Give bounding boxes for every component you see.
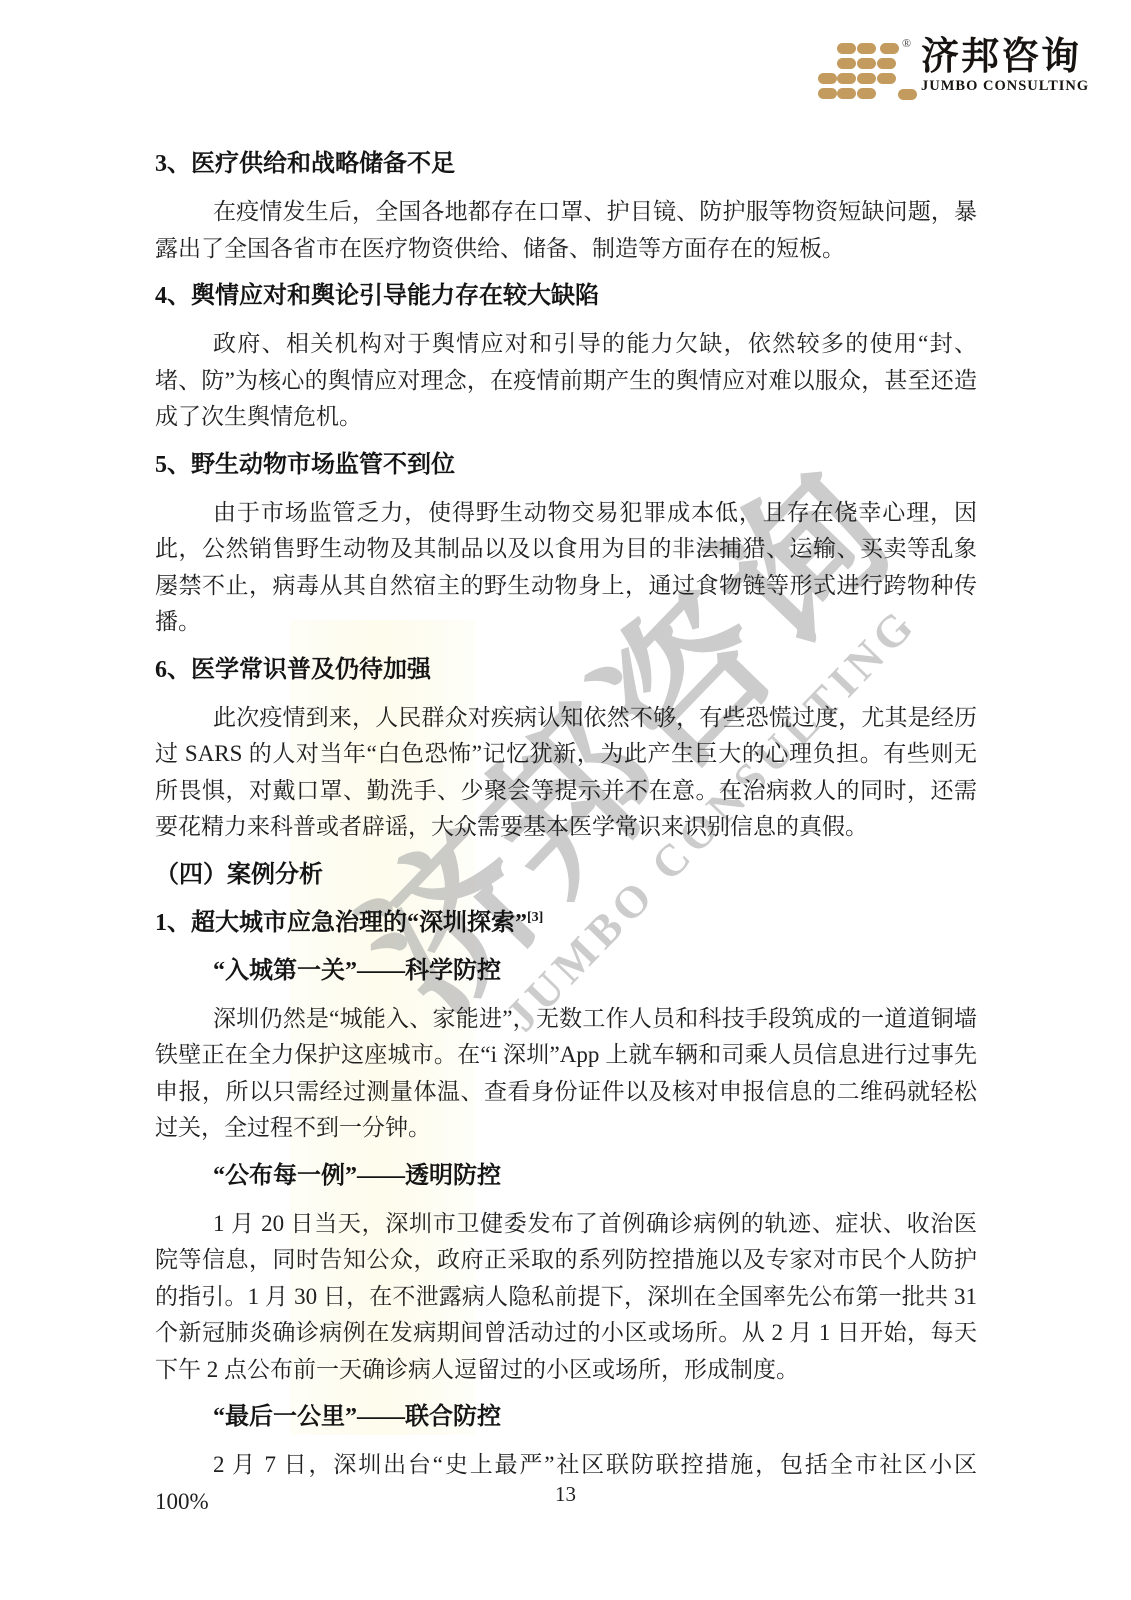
text-run: “公布每一例”——透明防控 [213, 1163, 501, 1189]
paragraph: 由于市场监管乏力，使得野生动物交易犯罪成本低，且存在侥幸心理，因此，公然销售野生… [155, 495, 977, 641]
text-run: 1、超大城市应急治理的“深圳探索” [155, 910, 527, 936]
paragraph: 深圳仍然是“城能入、家能进”，无数工作人员和科技手段筑成的一道道铜墙铁壁正在全力… [155, 1001, 977, 1147]
jumbo-logo-mark-icon [818, 43, 919, 100]
brand-name-english: JUMBO CONSULTING [921, 78, 1086, 95]
footnote-reference: [3] [527, 910, 543, 925]
heading: “入城第一关”——科学防控 [155, 953, 977, 990]
page-number: 13 [0, 1482, 1131, 1507]
text-run: 1 月 20 日当天，深圳市卫健委发布了首例确诊病例的轨迹、症状、收治医院等信息… [155, 1211, 977, 1382]
text-run: 6、医学常识普及仍待加强 [155, 657, 431, 683]
registered-trademark-icon: ® [902, 36, 911, 51]
heading: 4、舆情应对和舆论引导能力存在较大缺陷 [155, 278, 977, 315]
text-run: “最后一公里”——联合防控 [213, 1404, 501, 1430]
text-run: 3、医疗供给和战略储备不足 [155, 151, 455, 177]
heading: 5、野生动物市场监管不到位 [155, 447, 977, 484]
text-run: 4、舆情应对和舆论引导能力存在较大缺陷 [155, 283, 599, 309]
document-body: 3、医疗供给和战略储备不足在疫情发生后，全国各地都存在口罩、护目镜、防护服等物资… [155, 134, 977, 1520]
paragraph: 1 月 20 日当天，深圳市卫健委发布了首例确诊病例的轨迹、症状、收治医院等信息… [155, 1206, 977, 1389]
heading: 6、医学常识普及仍待加强 [155, 652, 977, 689]
text-run: 在疫情发生后，全国各地都存在口罩、护目镜、防护服等物资短缺问题，暴露出了全国各省… [155, 199, 977, 261]
text-run: 此次疫情到来，人民群众对疾病认知依然不够，有些恐慌过度，尤其是经历过 SARS … [155, 705, 977, 840]
document-page: 济邦咨询 JUMBO CONSULTING ® [0, 0, 1131, 1600]
heading: 1、超大城市应急治理的“深圳探索”[3] [155, 905, 977, 942]
text-run: 政府、相关机构对于舆情应对和引导的能力欠缺，依然较多的使用“封、堵、防”为核心的… [155, 331, 977, 429]
heading: 3、医疗供给和战略储备不足 [155, 146, 977, 183]
text-run: 5、野生动物市场监管不到位 [155, 452, 455, 478]
paragraph: 政府、相关机构对于舆情应对和引导的能力欠缺，依然较多的使用“封、堵、防”为核心的… [155, 326, 977, 436]
logo-text: 济邦咨询 JUMBO CONSULTING [921, 38, 1086, 95]
brand-name-chinese: 济邦咨询 [921, 38, 1086, 76]
heading: “公布每一例”——透明防控 [155, 1158, 977, 1195]
paragraph: 在疫情发生后，全国各地都存在口罩、护目镜、防护服等物资短缺问题，暴露出了全国各省… [155, 194, 977, 267]
paragraph: 此次疫情到来，人民群众对疾病认知依然不够，有些恐慌过度，尤其是经历过 SARS … [155, 700, 977, 846]
text-run: 深圳仍然是“城能入、家能进”，无数工作人员和科技手段筑成的一道道铜墙铁壁正在全力… [155, 1006, 977, 1141]
text-run: （四）案例分析 [155, 862, 323, 888]
text-run: “入城第一关”——科学防控 [213, 958, 501, 984]
heading: （四）案例分析 [155, 857, 977, 894]
text-run: 由于市场监管乏力，使得野生动物交易犯罪成本低，且存在侥幸心理，因此，公然销售野生… [155, 500, 977, 635]
heading: “最后一公里”——联合防控 [155, 1399, 977, 1436]
